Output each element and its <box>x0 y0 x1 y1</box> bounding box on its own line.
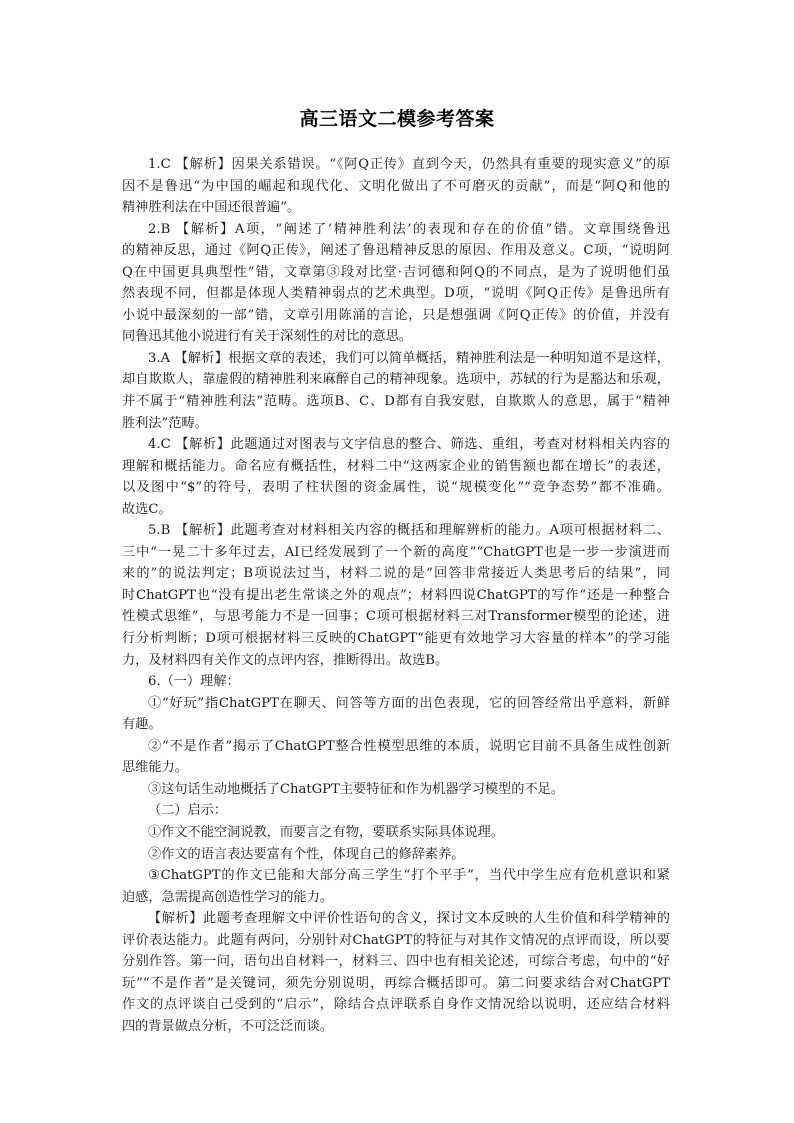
text-line: Q在中国更具典型性”错，文章第③段对比堂·吉诃德和阿Q的不同点，是为了说明他们虽 <box>122 262 670 284</box>
text-line: ②“不是作者”揭示了ChatGPT整合性模型思维的本质，说明它目前不具备生成性创… <box>122 736 670 758</box>
text-line: 2.B 【解析】A项，“阐述了‘精神胜利法’的表现和存在的价值”错。文章围绕鲁迅 <box>122 219 670 241</box>
text-line: 理解和概括能力。命名应有概括性，材料二中“这两家企业的销售额也都在增长”的表述， <box>122 456 670 478</box>
paragraph-q1: 1.C 【解析】因果关系错误。“《阿Q正传》直到今天，仍然具有重要的现实意义”的… <box>122 154 670 219</box>
text-line: 5.B 【解析】此题考查对材料相关内容的概括和理解辨析的能力。A项可根据材料二、 <box>122 520 670 542</box>
text-line: 力，及材料四有关作文的点评内容，推断得出。故选B。 <box>122 650 670 672</box>
page-title: 高三语文二模参考答案 <box>0 104 794 131</box>
text-line: 同鲁迅其他小说进行有关于深刻性的对比的意思。 <box>122 326 670 348</box>
text-line: 的精神反思，通过《阿Q正传》，阐述了鲁迅精神反思的原因、作用及意义。C项，“说明… <box>122 240 670 262</box>
text-line: 小说中最深刻的一部”错，文章引用陈涌的言论，只是想强调《阿Q正传》的价值，并没有 <box>122 305 670 327</box>
text-line: ①作文不能空洞说教，而要言之有物，要联系实际具体说理。 <box>122 822 670 844</box>
text-line: 玩”“不是作者”是关键词，须先分别说明，再综合概括即可。第二问要求结合对Chat… <box>122 973 670 995</box>
text-line: （二）启示： <box>122 800 670 822</box>
text-line: ③这句话生动地概括了ChatGPT主要特征和作为机器学习模型的不足。 <box>122 779 670 801</box>
paragraph-q6-2-3: ③ChatGPT的作文已能和大部分高三学生“打个平手”，当代中学生应有危机意识和… <box>122 865 670 908</box>
text-line: 四的背景做点分析，不可泛泛而谈。 <box>122 1016 670 1038</box>
document-body: 1.C 【解析】因果关系错误。“《阿Q正传》直到今天，仍然具有重要的现实意义”的… <box>122 154 670 1037</box>
text-line: 4.C 【解析】此题通过对图表与文字信息的整合、筛选、重组，考查对材料相关内容的 <box>122 434 670 456</box>
text-line: 3.A 【解析】根据文章的表述，我们可以简单概括，精神胜利法是一种明知道不是这样… <box>122 348 670 370</box>
paragraph-q2: 2.B 【解析】A项，“阐述了‘精神胜利法’的表现和存在的价值”错。文章围绕鲁迅… <box>122 219 670 348</box>
text-line: 性模式思维”，与思考能力不是一回事；C项可根据材料三对Transformer模型… <box>122 606 670 628</box>
text-line: 以及图中“$”的符号，表明了柱状图的资金属性，说“规模变化”“竞争态势”都不准确… <box>122 477 670 499</box>
text-line: 1.C 【解析】因果关系错误。“《阿Q正传》直到今天，仍然具有重要的现实意义”的… <box>122 154 670 176</box>
text-line: 思维能力。 <box>122 757 670 779</box>
paragraph-q4: 4.C 【解析】此题通过对图表与文字信息的整合、筛选、重组，考查对材料相关内容的… <box>122 434 670 520</box>
text-line: ②作文的语言表达要富有个性，体现自己的修辞素养。 <box>122 844 670 866</box>
text-line: 6.（一）理解： <box>122 671 670 693</box>
text-line: 评价表达能力。此题有两问，分别针对ChatGPT的特征与对其作文情况的点评而设，… <box>122 930 670 952</box>
text-line: 胜利法”范畴。 <box>122 413 670 435</box>
paragraph-q6-analysis: 【解析】此题考查理解文中评价性语句的含义，探讨文本反映的人生价值和科学精神的评价… <box>122 908 670 1037</box>
paragraph-q6-heading: 6.（一）理解： <box>122 671 670 693</box>
text-line: 却自欺欺人，靠虚假的精神胜利来麻醉自己的精神现象。选项中，苏轼的行为是豁达和乐观… <box>122 369 670 391</box>
text-line: 精神胜利法在中国还很普遍”。 <box>122 197 670 219</box>
paragraph-q6-2-heading: （二）启示： <box>122 800 670 822</box>
paragraph-q3: 3.A 【解析】根据文章的表述，我们可以简单概括，精神胜利法是一种明知道不是这样… <box>122 348 670 434</box>
text-line: 迫感，急需提高创造性学习的能力。 <box>122 887 670 909</box>
text-line: 分别作答。第一问，语句出自材料一，材料三、四中也有相关论述，可综合考虑，句中的“… <box>122 951 670 973</box>
text-line: 故选C。 <box>122 499 670 521</box>
text-line: 然表现不同，但都是体现人类精神弱点的艺术典型。D项，“说明《阿Q正传》是鲁迅所有 <box>122 283 670 305</box>
text-line: 行分析判断；D项可根据材料三反映的ChatGPT“能更有效地学习大容量的样本”的… <box>122 628 670 650</box>
paragraph-q5: 5.B 【解析】此题考查对材料相关内容的概括和理解辨析的能力。A项可根据材料二、… <box>122 520 670 671</box>
text-line: ①“好玩”指ChatGPT在聊天、问答等方面的出色表现，它的回答经常出乎意料，新… <box>122 693 670 715</box>
paragraph-q6-1-3: ③这句话生动地概括了ChatGPT主要特征和作为机器学习模型的不足。 <box>122 779 670 801</box>
paragraph-q6-1-2: ②“不是作者”揭示了ChatGPT整合性模型思维的本质，说明它目前不具备生成性创… <box>122 736 670 779</box>
text-line: ③ChatGPT的作文已能和大部分高三学生“打个平手”，当代中学生应有危机意识和… <box>122 865 670 887</box>
text-line: 【解析】此题考查理解文中评价性语句的含义，探讨文本反映的人生价值和科学精神的 <box>122 908 670 930</box>
text-line: 来的”的说法判定；B项说法过当，材料二说的是“回答非常接近人类思考后的结果”，同 <box>122 563 670 585</box>
paragraph-q6-2-1: ①作文不能空洞说教，而要言之有物，要联系实际具体说理。 <box>122 822 670 844</box>
paragraph-q6-2-2: ②作文的语言表达要富有个性，体现自己的修辞素养。 <box>122 844 670 866</box>
text-line: 时ChatGPT也“没有提出老生常谈之外的观点”；材料四说ChatGPT的写作“… <box>122 585 670 607</box>
document-page: 高三语文二模参考答案 1.C 【解析】因果关系错误。“《阿Q正传》直到今天，仍然… <box>0 0 794 1123</box>
text-line: 有趣。 <box>122 714 670 736</box>
paragraph-q6-1-1: ①“好玩”指ChatGPT在聊天、问答等方面的出色表现，它的回答经常出乎意料，新… <box>122 693 670 736</box>
text-line: 并不属于“精神胜利法”范畴。选项B、C、D都有自我安慰，自欺欺人的意思，属于“精… <box>122 391 670 413</box>
text-line: 三中“一晃二十多年过去，AI已经发展到了一个新的高度”“ChatGPT也是一步一… <box>122 542 670 564</box>
text-line: 因不是鲁迅“为中国的崛起和现代化、文明化做出了不可磨灭的贡献”，而是“阿Q和他的 <box>122 176 670 198</box>
text-line: 作文的点评谈自己受到的“启示”，除结合点评联系自身作文情况给以说明，还应结合材料 <box>122 994 670 1016</box>
